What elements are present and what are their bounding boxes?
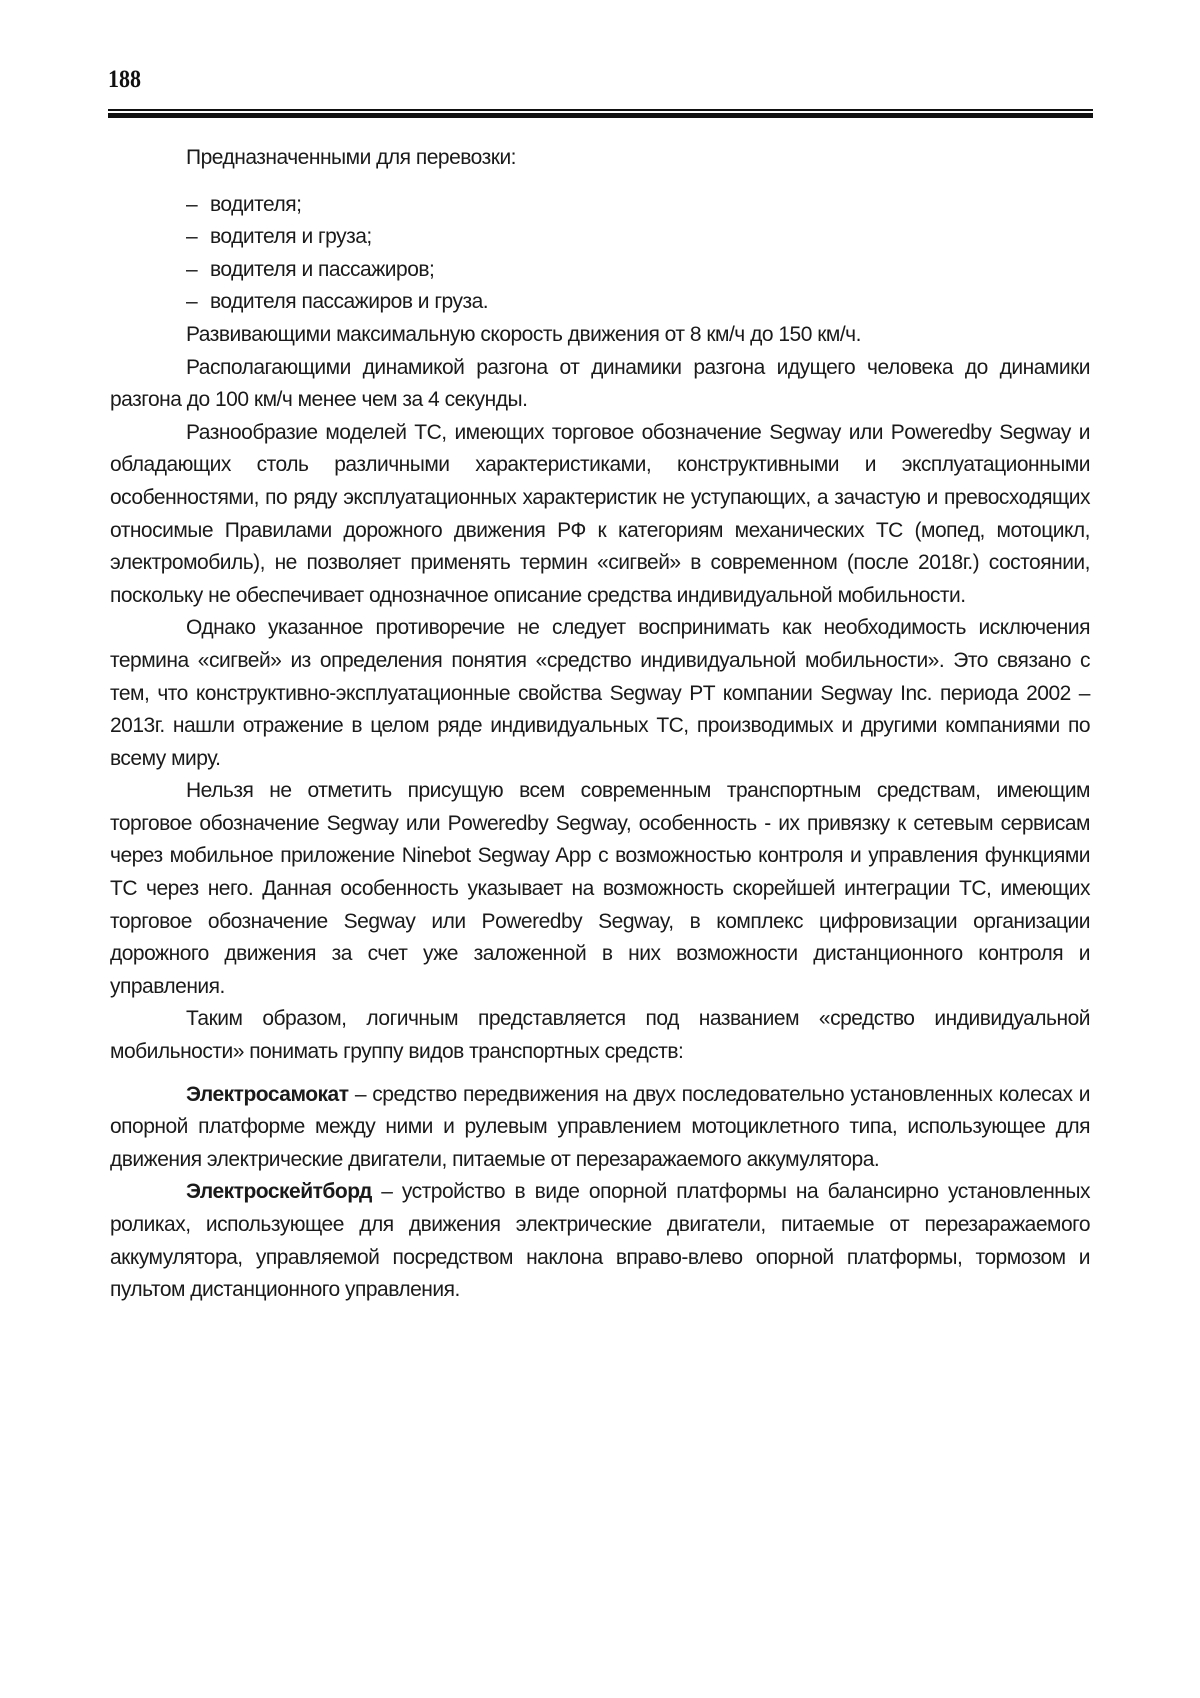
list-item: – водителя и груза;	[186, 221, 1090, 254]
list-item: – водителя;	[186, 189, 1090, 222]
section-spacer	[110, 1069, 1090, 1079]
header-rule-thick	[108, 113, 1093, 118]
paragraph-acceleration: Располагающими динамикой разгона от дина…	[110, 352, 1090, 417]
page-number: 188	[108, 66, 141, 94]
page-body: Предназначенными для перевозки: – водите…	[110, 142, 1090, 1307]
list-item-text: водителя;	[210, 189, 301, 222]
list-item: – водителя и пассажиров;	[186, 254, 1090, 287]
paragraph-network-services: Нельзя не отметить присущую всем совреме…	[110, 775, 1090, 1003]
definition-term: Электроскейтборд	[186, 1180, 372, 1203]
list-item: – водителя пассажиров и груза.	[186, 286, 1090, 319]
dash-marker: –	[186, 189, 210, 222]
list-item-text: водителя пассажиров и груза.	[210, 286, 488, 319]
list-item-text: водителя и пассажиров;	[210, 254, 434, 287]
paragraph-contradiction: Однако указанное противоречие не следует…	[110, 612, 1090, 775]
definition-electric-skateboard: Электроскейтборд – устройство в виде опо…	[110, 1176, 1090, 1306]
definition-electric-scooter: Электросамокат – средство передвижения н…	[110, 1079, 1090, 1177]
list-intro: Предназначенными для перевозки:	[186, 142, 1090, 175]
dash-marker: –	[186, 221, 210, 254]
dash-marker: –	[186, 254, 210, 287]
dash-marker: –	[186, 286, 210, 319]
paragraph-conclusion: Таким образом, логичным представляется п…	[110, 1003, 1090, 1068]
paragraph-max-speed: Развивающими максимальную скорость движе…	[110, 319, 1090, 352]
paragraph-model-diversity: Разнообразие моделей ТС, имеющих торгово…	[110, 417, 1090, 613]
list-item-text: водителя и груза;	[210, 221, 372, 254]
header-rule-thin	[108, 109, 1093, 111]
definition-term: Электросамокат	[186, 1083, 349, 1106]
